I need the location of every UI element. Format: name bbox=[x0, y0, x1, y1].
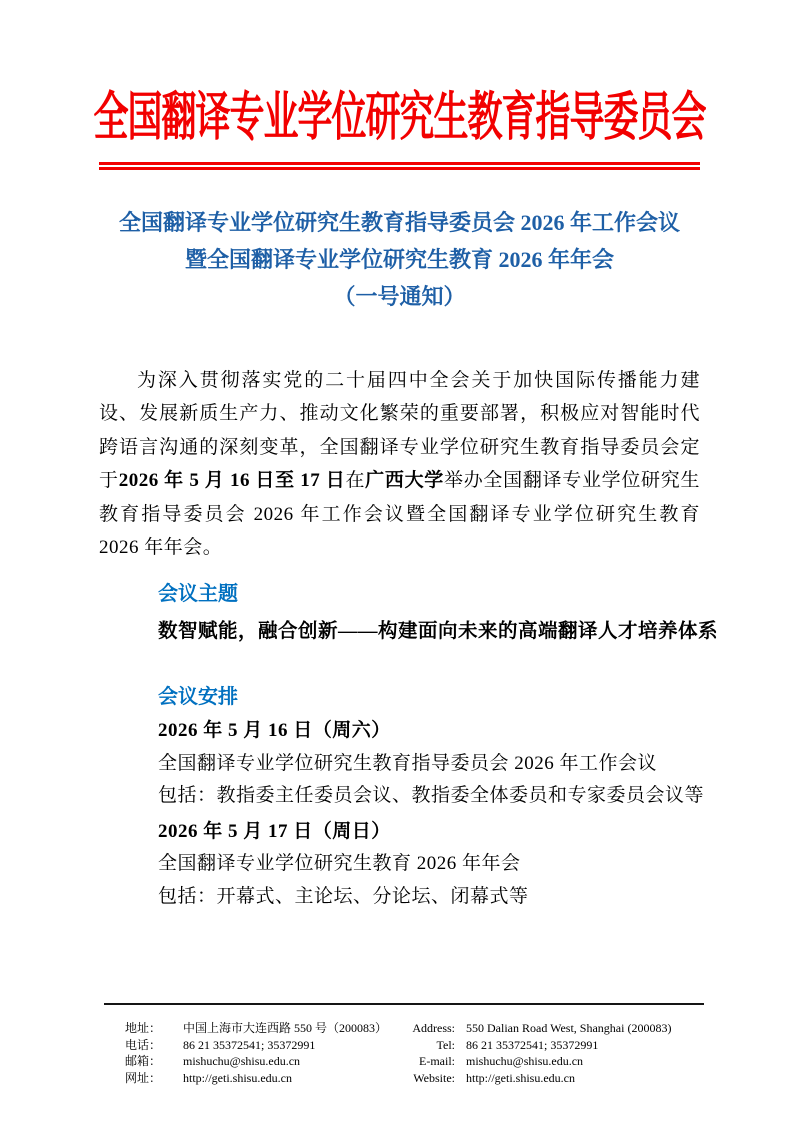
schedule-day2-includes: 包括：开幕式、主论坛、分论坛、闭幕式等 bbox=[158, 881, 718, 914]
footer-cn-value-tel: 86 21 35372541; 35372991 bbox=[183, 1037, 393, 1054]
footer-en-label-website: Website: bbox=[393, 1070, 455, 1087]
theme-heading: 会议主题 bbox=[158, 581, 718, 607]
schedule-lines: 2026 年 5 月 16 日（周六） 全国翻译专业学位研究生教育指导委员会 2… bbox=[158, 715, 718, 913]
body-text-2: 在 bbox=[345, 470, 365, 491]
document-page: 全国翻译专业学位研究生教育指导委员会 全国翻译专业学位研究生教育指导委员会 20… bbox=[0, 0, 799, 1131]
title-line-1: 全国翻译专业学位研究生教育指导委员会 2026 年工作会议 bbox=[0, 204, 799, 241]
letterhead-divider bbox=[99, 162, 700, 170]
schedule-heading: 会议安排 bbox=[158, 684, 718, 710]
footer-cn-value-website: http://geti.shisu.edu.cn bbox=[183, 1070, 393, 1087]
footer-contact-block: 地址： 中国上海市大连西路 550 号（200083） Address: 550… bbox=[104, 1020, 704, 1086]
footer-cn-value-address: 中国上海市大连西路 550 号（200083） bbox=[183, 1020, 393, 1037]
footer-en-value-website: http://geti.shisu.edu.cn bbox=[455, 1070, 704, 1087]
title-line-2: 暨全国翻译专业学位研究生教育 2026 年年会 bbox=[0, 241, 799, 278]
section-theme: 会议主题 数智赋能，融合创新——构建面向未来的高端翻译人才培养体系 bbox=[158, 581, 718, 645]
footer-cn-value-email: mishuchu@shisu.edu.cn bbox=[183, 1053, 393, 1070]
footer-cn-label-address: 地址： bbox=[125, 1020, 183, 1037]
footer-en-value-tel: 86 21 35372541; 35372991 bbox=[455, 1037, 704, 1054]
footer-cn-label-tel: 电话： bbox=[125, 1037, 183, 1054]
footer-en-label-address: Address: bbox=[393, 1020, 455, 1037]
letterhead: 全国翻译专业学位研究生教育指导委员会 bbox=[0, 0, 799, 148]
document-title: 全国翻译专业学位研究生教育指导委员会 2026 年工作会议 暨全国翻译专业学位研… bbox=[0, 204, 799, 315]
schedule-day1-event: 全国翻译专业学位研究生教育指导委员会 2026 年工作会议 bbox=[158, 748, 718, 781]
body-venue-bold: 广西大学 bbox=[365, 470, 444, 491]
schedule-day1-date: 2026 年 5 月 16 日（周六） bbox=[158, 715, 718, 748]
footer-en-label-tel: Tel: bbox=[393, 1037, 455, 1054]
schedule-day2-event: 全国翻译专业学位研究生教育 2026 年年会 bbox=[158, 848, 718, 881]
schedule-day2-date: 2026 年 5 月 17 日（周日） bbox=[158, 816, 718, 849]
organization-name: 全国翻译专业学位研究生教育指导委员会 bbox=[93, 91, 705, 148]
section-schedule: 会议安排 2026 年 5 月 16 日（周六） 全国翻译专业学位研究生教育指导… bbox=[158, 684, 718, 913]
footer-divider bbox=[104, 1003, 704, 1005]
body-paragraph: 为深入贯彻落实党的二十届四中全会关于加快国际传播能力建设、发展新质生产力、推动文… bbox=[99, 364, 700, 564]
theme-content: 数智赋能，融合创新——构建面向未来的高端翻译人才培养体系 bbox=[158, 618, 718, 645]
body-date-bold: 2026 年 5 月 16 日至 17 日 bbox=[119, 470, 346, 491]
footer-cn-label-website: 网址： bbox=[125, 1070, 183, 1087]
footer-cn-label-email: 邮箱： bbox=[125, 1053, 183, 1070]
footer-en-value-email: mishuchu@shisu.edu.cn bbox=[455, 1053, 704, 1070]
footer-en-label-email: E-mail: bbox=[393, 1053, 455, 1070]
schedule-day1-includes: 包括：教指委主任委员会议、教指委全体委员和专家委员会议等 bbox=[158, 780, 718, 813]
footer-en-value-address: 550 Dalian Road West, Shanghai (200083) bbox=[455, 1020, 704, 1037]
title-line-3: （一号通知） bbox=[0, 278, 799, 315]
